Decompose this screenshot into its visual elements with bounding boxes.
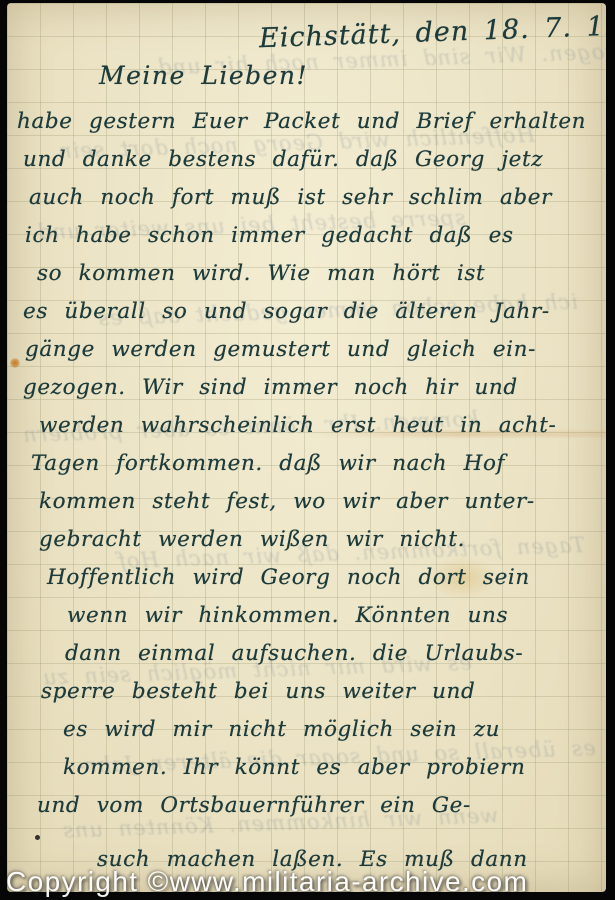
letter-paper: gezogen. Wir sind immer noch hir und Hof… [7,3,606,892]
letter-body-line: es überall so und sogar die älteren Jahr… [17,293,602,331]
letter-body-line: wenn wir hinkommen. Könnten uns [17,597,602,635]
letter-body-line: ich habe schon immer gedacht daß es [17,217,602,255]
letter-salutation: Meine Lieben! [99,61,308,90]
copyright-watermark: Copyright ©www.militaria-archive.com [6,866,611,898]
letter-body-line: es wird mir nicht möglich sein zu [17,711,602,749]
letter-photo: gezogen. Wir sind immer noch hir und Hof… [0,0,615,900]
letter-body-line: gezogen. Wir sind immer noch hir und [17,369,602,407]
letter-body-line: Tagen fortkommen. daß wir nach Hof [17,445,602,483]
letter-body-line: und vom Ortsbauernführer ein Ge- [17,787,602,825]
letter-body-line: auch noch fort muß ist sehr schlim aber [17,179,602,217]
letter-dateline: Eichstätt, den 18. 7. 1940 [259,11,606,54]
letter-body-line: gebracht werden wißen wir nicht. [17,521,602,559]
letter-body-line: sperre besteht bei uns weiter und [17,673,602,711]
letter-body-line: Hoffentlich wird Georg noch dort sein [17,559,602,597]
letter-body-line: so kommen wird. Wie man hört ist [17,255,602,293]
letter-body-line: dann einmal aufsuchen. die Urlaubs- [17,635,602,673]
letter-body: habe gestern Euer Packet und Brief erhal… [17,103,602,879]
letter-body-line: und danke bestens dafür. daß Georg jetz [17,141,602,179]
letter-body-line: gänge werden gemustert und gleich ein- [17,331,602,369]
letter-body-line: werden wahrscheinlich erst heut in acht- [17,407,602,445]
letter-body-line: habe gestern Euer Packet und Brief erhal… [17,103,602,141]
letter-body-line: kommen steht fest, wo wir aber unter- [17,483,602,521]
letter-body-line: kommen. Ihr könnt es aber probiern [17,749,602,787]
